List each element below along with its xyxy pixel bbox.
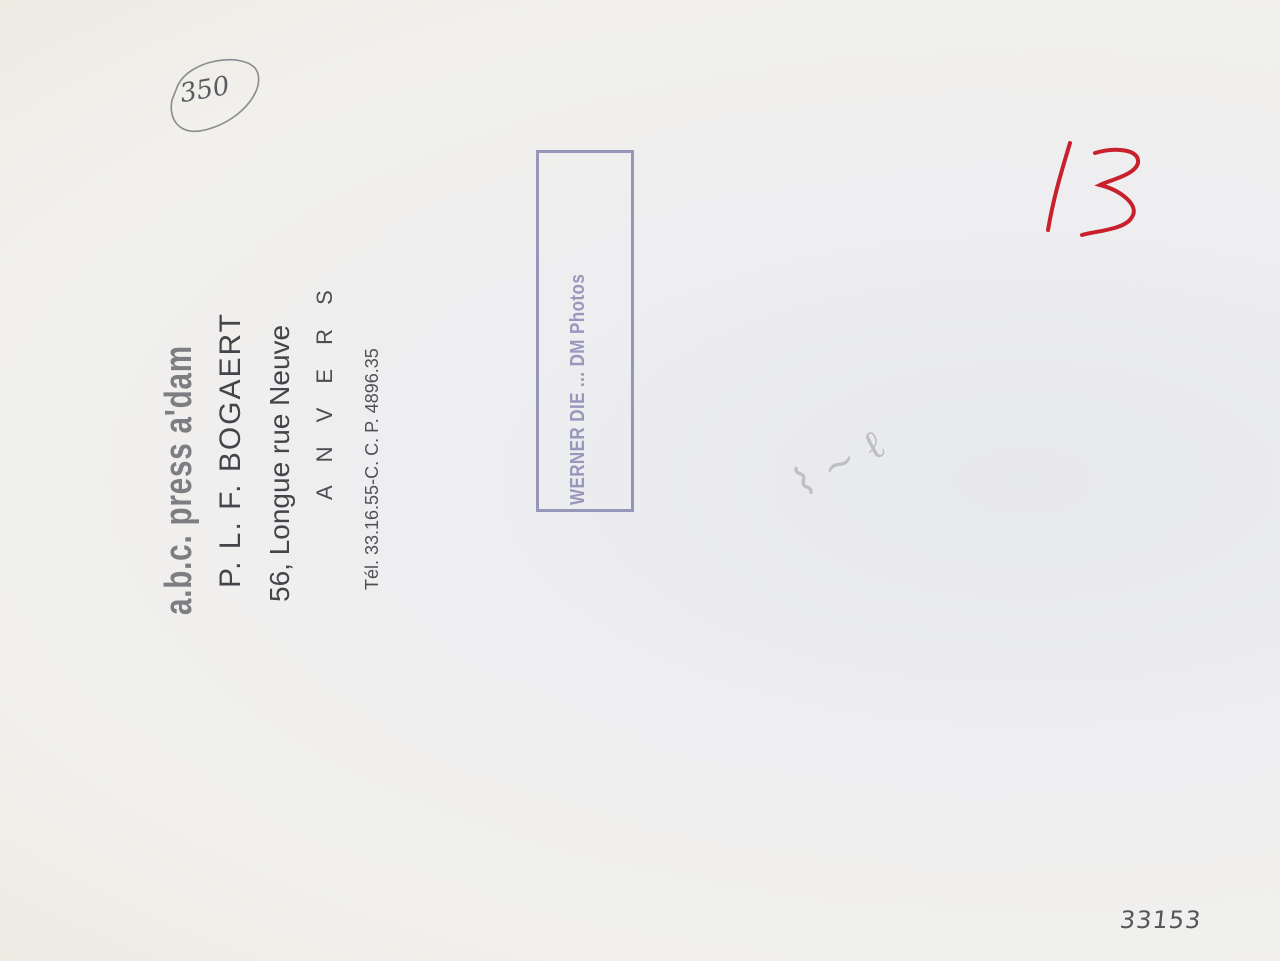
agency-city: A N V E R S [312,281,338,500]
bottom-number: 33153 [1119,906,1203,934]
photographer-stamp: WERNER DIE ... DM Photos [536,150,634,512]
agency-owner: P. L. F. BOGAERT [214,312,248,588]
photo-back-paper: 350 a.b.c. press a'dam P. L. F. BOGAERT … [0,0,1280,961]
red-number-mark [1040,135,1150,245]
photographer-stamp-text: WERNER DIE ... DM Photos [567,274,590,505]
agency-address: 56, Longue rue Neuve [264,325,296,602]
agency-name: a.b.c. press a'dam [158,345,201,615]
faint-pencil-scribble: ⌇ ~ ℓ [785,420,893,507]
agency-phone: Tél. 33.16.55-C. C. P. 4896.35 [362,348,383,590]
